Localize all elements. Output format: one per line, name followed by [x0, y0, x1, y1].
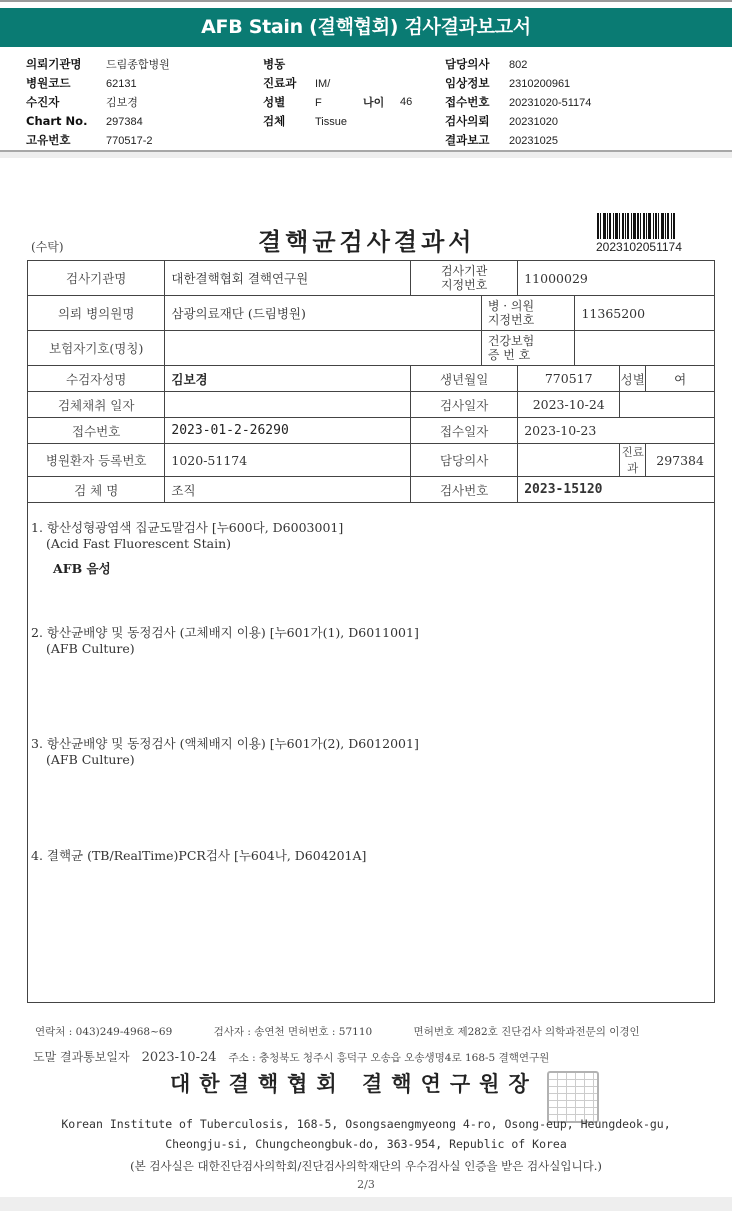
- info-row: 접수번호20231020-51174: [445, 93, 591, 112]
- info-label: 접수번호: [445, 93, 509, 112]
- reg-no-value: 1020-51174: [165, 444, 411, 477]
- doctor-value: [518, 444, 620, 477]
- barcode-icon: [597, 213, 697, 239]
- info-row: 의뢰기관명드림종합병원: [26, 55, 170, 74]
- english-address-line-1: Korean Institute of Tuberculosis, 168-5,…: [0, 1117, 732, 1131]
- inst-code-label: 검사기관지정번호: [411, 261, 518, 296]
- inst-code-value: 11000029: [518, 261, 715, 296]
- info-value: 김보경: [106, 94, 138, 113]
- info-label: 결과보고: [445, 131, 509, 150]
- test-date-value: 2023-10-24: [518, 392, 620, 418]
- info-value: 297384: [106, 113, 143, 132]
- address-text: 주소 : 충청북도 청주시 흥덕구 오송읍 오송생명4로 168-5 결핵연구원: [229, 1052, 550, 1064]
- document-title: 결핵균검사결과서: [258, 222, 475, 257]
- info-row: 수진자김보경: [26, 93, 170, 112]
- result-item-title: 2. 항산균배양 및 동정검사 (고체배지 이용) [누601가(1), D60…: [31, 623, 419, 641]
- info-label: 진료과: [263, 74, 315, 93]
- result-item-subtitle: (AFB Culture): [31, 752, 419, 767]
- inst-name-value: 대한결핵협회 결핵연구원: [165, 261, 411, 296]
- info-value: 20231020-51174: [509, 94, 591, 113]
- page-number: 2/3: [0, 1178, 732, 1191]
- info-value: IM/: [315, 75, 330, 94]
- result-item-subtitle: (AFB Culture): [31, 641, 419, 656]
- table-row: 병원환자 등록번호 1020-51174 담당의사 진료과 297384: [28, 444, 715, 477]
- certification-note: (본 검사실은 대한진단검사의학회/진단검사의학재단의 우수검사실 인증을 받은…: [0, 1158, 732, 1174]
- info-row: 검체Tissue: [263, 112, 347, 131]
- info-row: 병원코드62131: [26, 74, 170, 93]
- receipt-date-value: 2023-10-23: [518, 418, 715, 444]
- specialist-text: 면허번호 제282호 진단검사 의학과전문의 이경인: [414, 1024, 640, 1039]
- result-item-title: 3. 항산균배양 및 동정검사 (액체배지 이용) [누601가(2), D60…: [31, 734, 419, 752]
- bottom-gray-band: [0, 1197, 732, 1211]
- ref-hosp-value: 삼광의료재단 (드림병원): [165, 296, 481, 331]
- table-row: 접수번호 2023-01-2-26290 접수일자 2023-10-23: [28, 418, 715, 444]
- result-item-title: 4. 결핵균 (TB/RealTime)PCR검사 [누604나, D60420…: [31, 846, 366, 864]
- collect-date-label: 검체채취 일자: [28, 392, 165, 418]
- info-label: 병동: [263, 55, 315, 74]
- dob-label: 생년월일: [411, 366, 518, 392]
- hosp-code-value: 11365200: [575, 296, 715, 331]
- table-row: 의뢰 병의원명 삼광의료재단 (드림병원) 병 · 의원지정번호 1136520…: [28, 296, 715, 331]
- info-label: 의뢰기관명: [26, 55, 106, 74]
- test-date-label: 검사일자: [411, 392, 518, 418]
- results-section: 1. 항산성형광염색 집균도말검사 [누600다, D6003001] (Aci…: [27, 498, 715, 1003]
- result-item: 2. 항산균배양 및 동정검사 (고체배지 이용) [누601가(1), D60…: [31, 623, 419, 656]
- result-item: 4. 결핵균 (TB/RealTime)PCR검사 [누604나, D60420…: [31, 846, 366, 864]
- table-row: 검사기관명 대한결핵협회 결핵연구원 검사기관지정번호 11000029: [28, 261, 715, 296]
- info-value: 62131: [106, 75, 137, 94]
- result-item: 1. 항산성형광염색 집균도말검사 [누600다, D6003001] (Aci…: [31, 518, 343, 577]
- label-line: 병 · 의원: [488, 299, 569, 313]
- info-row: 성별F나이46: [263, 93, 347, 112]
- info-label: 성별: [263, 93, 315, 112]
- result-value: AFB 음성: [31, 559, 343, 577]
- label-line: 건강보험: [488, 334, 569, 348]
- footer-line-1: 연락처 : 043)249-4968~69 검사자 : 송연천 면허번호 : 5…: [35, 1024, 640, 1039]
- info-value: 20231025: [509, 132, 558, 151]
- english-address-line-2: Cheongju-si, Chungcheongbuk-do, 363-954,…: [0, 1137, 732, 1151]
- info-value: 770517-2: [106, 132, 153, 151]
- collect-date-value: [165, 392, 411, 418]
- insurer-label: 보험자기호(명칭): [28, 331, 165, 366]
- info-label: Chart No.: [26, 112, 106, 131]
- top-border: [0, 0, 732, 2]
- patient-info-panel: 의뢰기관명드림종합병원 병원코드62131 수진자김보경 Chart No.29…: [0, 55, 732, 150]
- info-value: Tissue: [315, 113, 347, 132]
- info-label: 검사의뢰: [445, 112, 509, 131]
- dept-value: 297384: [646, 444, 715, 477]
- official-seal-icon: [547, 1071, 599, 1123]
- sex-label: 성별: [620, 366, 646, 392]
- result-item-title: 1. 항산성형광염색 집균도말검사 [누600다, D6003001]: [31, 518, 343, 536]
- info-value: 2310200961: [509, 75, 570, 94]
- insurance-no-label: 건강보험증 번 호: [481, 331, 575, 366]
- footer-line-2: 도말 결과통보일자2023-10-24주소 : 충청북도 청주시 흥덕구 오송읍…: [33, 1048, 549, 1065]
- institute-chief: 대한결핵협회 결핵연구원장: [170, 1068, 538, 1098]
- info-row: 진료과IM/: [263, 74, 347, 93]
- info-label: 검체: [263, 112, 315, 131]
- accession-label: 접수번호: [28, 418, 165, 444]
- info-column-2: 병동 진료과IM/ 성별F나이46 검체Tissue: [263, 55, 347, 131]
- sex-value: 여: [646, 366, 715, 392]
- notify-label: 도말 결과통보일자: [33, 1050, 130, 1064]
- info-column-3: 담당의사802 임상정보2310200961 접수번호20231020-5117…: [445, 55, 591, 150]
- patient-result-table: 검사기관명 대한결핵협회 결핵연구원 검사기관지정번호 11000029 의뢰 …: [27, 260, 715, 503]
- info-row: 결과보고20231025: [445, 131, 591, 150]
- contact-text: 연락처 : 043)249-4968~69: [35, 1024, 172, 1039]
- age-value: 46: [400, 93, 412, 112]
- report-header: AFB Stain (결핵협회) 검사결과보고서: [0, 8, 732, 47]
- info-label: 고유번호: [26, 131, 106, 150]
- patient-name-label: 수검자성명: [28, 366, 165, 392]
- age-label: 나이: [363, 93, 384, 112]
- info-value: 20231020: [509, 113, 558, 132]
- info-label: 수진자: [26, 93, 106, 112]
- info-row: 검사의뢰20231020: [445, 112, 591, 131]
- info-label: 병원코드: [26, 74, 106, 93]
- receipt-date-label: 접수일자: [411, 418, 518, 444]
- info-value: 드림종합병원: [106, 56, 170, 75]
- hosp-code-label: 병 · 의원지정번호: [481, 296, 575, 331]
- notify-date: 2023-10-24: [142, 1050, 217, 1065]
- dob-value: 770517: [518, 366, 620, 392]
- doctor-label: 담당의사: [411, 444, 518, 477]
- info-label: 임상정보: [445, 74, 509, 93]
- info-row: 병동: [263, 55, 347, 74]
- insurer-value: [165, 331, 481, 366]
- insurance-no-value: [575, 331, 715, 366]
- barcode-number: 2023102051174: [596, 240, 682, 254]
- reg-no-label: 병원환자 등록번호: [28, 444, 165, 477]
- info-value: F: [315, 94, 322, 113]
- patient-name-value: 김보경: [165, 366, 411, 392]
- label-line: 지정번호: [417, 278, 511, 292]
- inst-name-label: 검사기관명: [28, 261, 165, 296]
- consignment-label: (수탁): [31, 238, 64, 255]
- empty-cell: [620, 392, 715, 418]
- result-item: 3. 항산균배양 및 동정검사 (액체배지 이용) [누601가(2), D60…: [31, 734, 419, 767]
- tester-text: 검사자 : 송연천 면허번호 : 57110: [214, 1024, 373, 1039]
- info-column-1: 의뢰기관명드림종합병원 병원코드62131 수진자김보경 Chart No.29…: [26, 55, 170, 150]
- result-item-subtitle: (Acid Fast Fluorescent Stain): [31, 536, 343, 551]
- table-row: 수검자성명 김보경 생년월일 770517 성별 여: [28, 366, 715, 392]
- accession-value: 2023-01-2-26290: [165, 418, 411, 444]
- info-row: 고유번호770517-2: [26, 131, 170, 150]
- ref-hosp-label: 의뢰 병의원명: [28, 296, 165, 331]
- label-line: 지정번호: [488, 313, 569, 327]
- info-label: 담당의사: [445, 55, 509, 74]
- info-value: 802: [509, 56, 527, 75]
- table-row: 보험자기호(명칭) 건강보험증 번 호: [28, 331, 715, 366]
- dept-label: 진료과: [620, 444, 646, 477]
- info-row: Chart No.297384: [26, 112, 170, 131]
- info-row: 담당의사802: [445, 55, 591, 74]
- label-line: 검사기관: [417, 264, 511, 278]
- info-row: 임상정보2310200961: [445, 74, 591, 93]
- table-row: 검체채취 일자 검사일자 2023-10-24: [28, 392, 715, 418]
- label-line: 증 번 호: [488, 348, 569, 362]
- scanned-result-document: (수탁) 결핵균검사결과서 2023102051174 검사기관명 대한결핵협회…: [0, 158, 732, 1197]
